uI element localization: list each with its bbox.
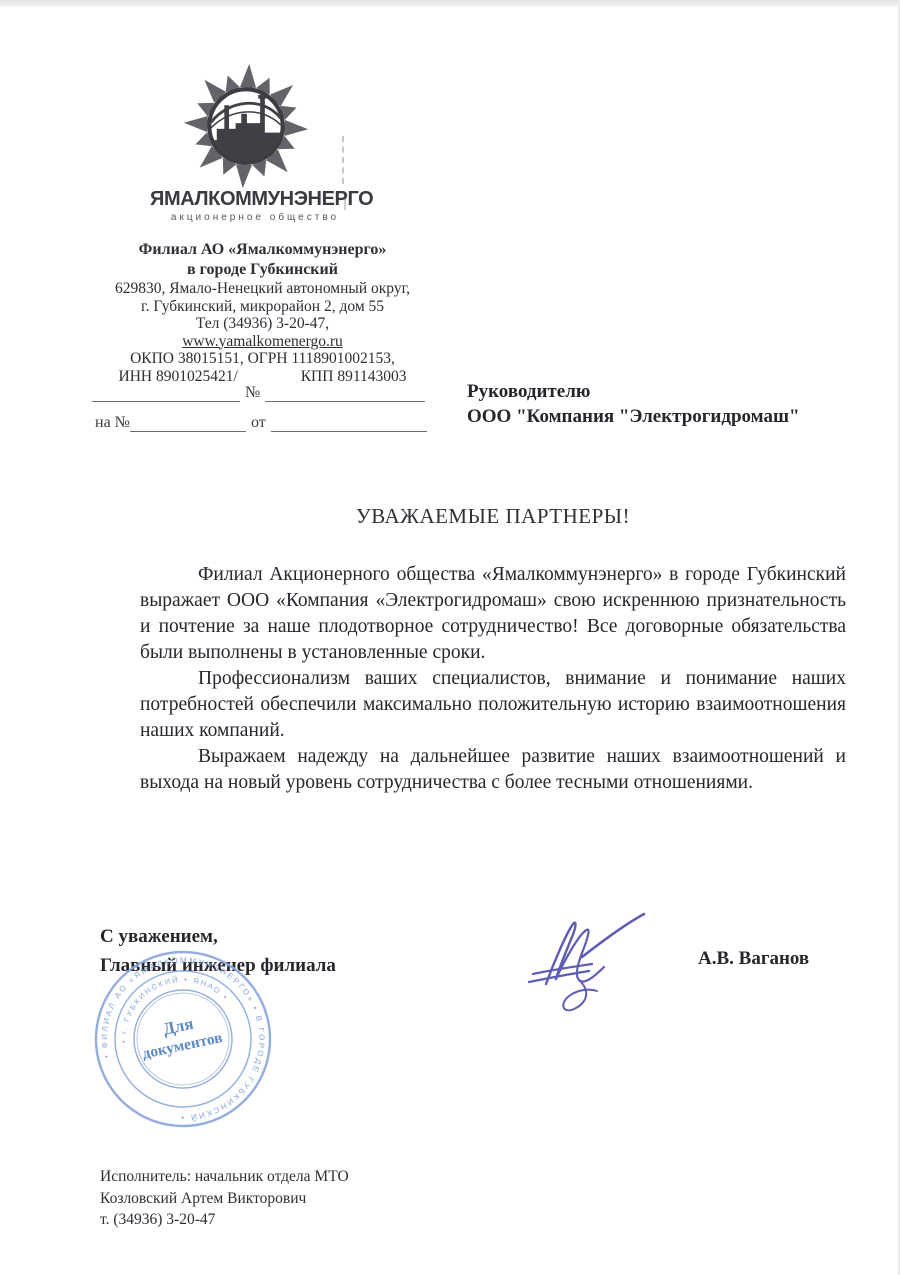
logo-company-name: ЯМАЛКОММУНЭНЕРГО (150, 188, 360, 211)
number-sign-label: № (240, 384, 265, 402)
letter-salutation: УВАЖАЕМЫЕ ПАРТНЕРЫ! (140, 504, 846, 529)
na-number-label: на № (95, 414, 130, 432)
letterhead-codes: ОКПО 38015151, ОГРН 1118901002153, (105, 350, 420, 368)
letterhead-phone: Тел (34936) 3-20-47, (105, 315, 420, 333)
executor-phone: т. (34936) 3-20-47 (100, 1209, 500, 1231)
letter-paragraph: Профессионализм ваших специалистов, вним… (140, 666, 846, 744)
letterhead-org-line1: Филиал АО «Ямалкоммунэнерго» (105, 240, 420, 260)
recipient-block: Руководителю ООО "Компания "Электрогидро… (467, 379, 877, 429)
letterhead-kpp: КПП 891143003 (301, 368, 407, 386)
recipient-title: Руководителю (467, 379, 877, 404)
signer-name: А.В. Ваганов (698, 948, 868, 970)
scan-dash-artifact (342, 136, 344, 184)
letterhead-inn: ИНН 8901025421/ (119, 368, 238, 386)
letterhead-block: Филиал АО «Ямалкоммунэнерго» в городе Гу… (105, 240, 420, 385)
ot-label: от (246, 414, 271, 432)
letter-paragraph: Выражаем надежду на дальнейшее развитие … (140, 744, 846, 796)
executor-name: Козловский Артем Викторович (100, 1188, 500, 1210)
outgoing-date-blank (92, 387, 240, 402)
round-stamp-icon: • ФИЛИАЛ АО «ЯМАЛКОММУНЭНЕРГО» • В ГОРОД… (90, 946, 276, 1137)
logo-subtitle: акционерное общество (150, 212, 360, 223)
recipient-company: ООО "Компания "Электрогидромаш" (467, 404, 877, 429)
letter-paragraph: Филиал Акционерного общества «Ямалкоммун… (140, 562, 846, 666)
outgoing-number-blank (265, 387, 425, 402)
letterhead-org-line2: в городе Губкинский (105, 260, 420, 280)
reference-row-2: на № от (95, 414, 427, 432)
handwritten-signature (516, 910, 661, 1025)
letter-body: Филиал Акционерного общества «Ямалкоммун… (140, 562, 846, 796)
reference-row-1: № (92, 384, 425, 402)
letterhead-address-line1: 629830, Ямало-Ненецкий автономный округ, (105, 280, 420, 298)
scan-edge-top (0, 0, 900, 7)
incoming-date-blank (271, 417, 427, 432)
executor-role: Исполнитель: начальник отдела МТО (100, 1166, 500, 1188)
incoming-number-blank (130, 417, 246, 432)
website-link[interactable]: www.yamalkomenergo.ru (182, 333, 343, 350)
executor-block: Исполнитель: начальник отдела МТО Козлов… (100, 1166, 500, 1231)
letterhead-address-line2: г. Губкинский, микрорайон 2, дом 55 (105, 298, 420, 316)
company-logo-icon (180, 60, 312, 197)
